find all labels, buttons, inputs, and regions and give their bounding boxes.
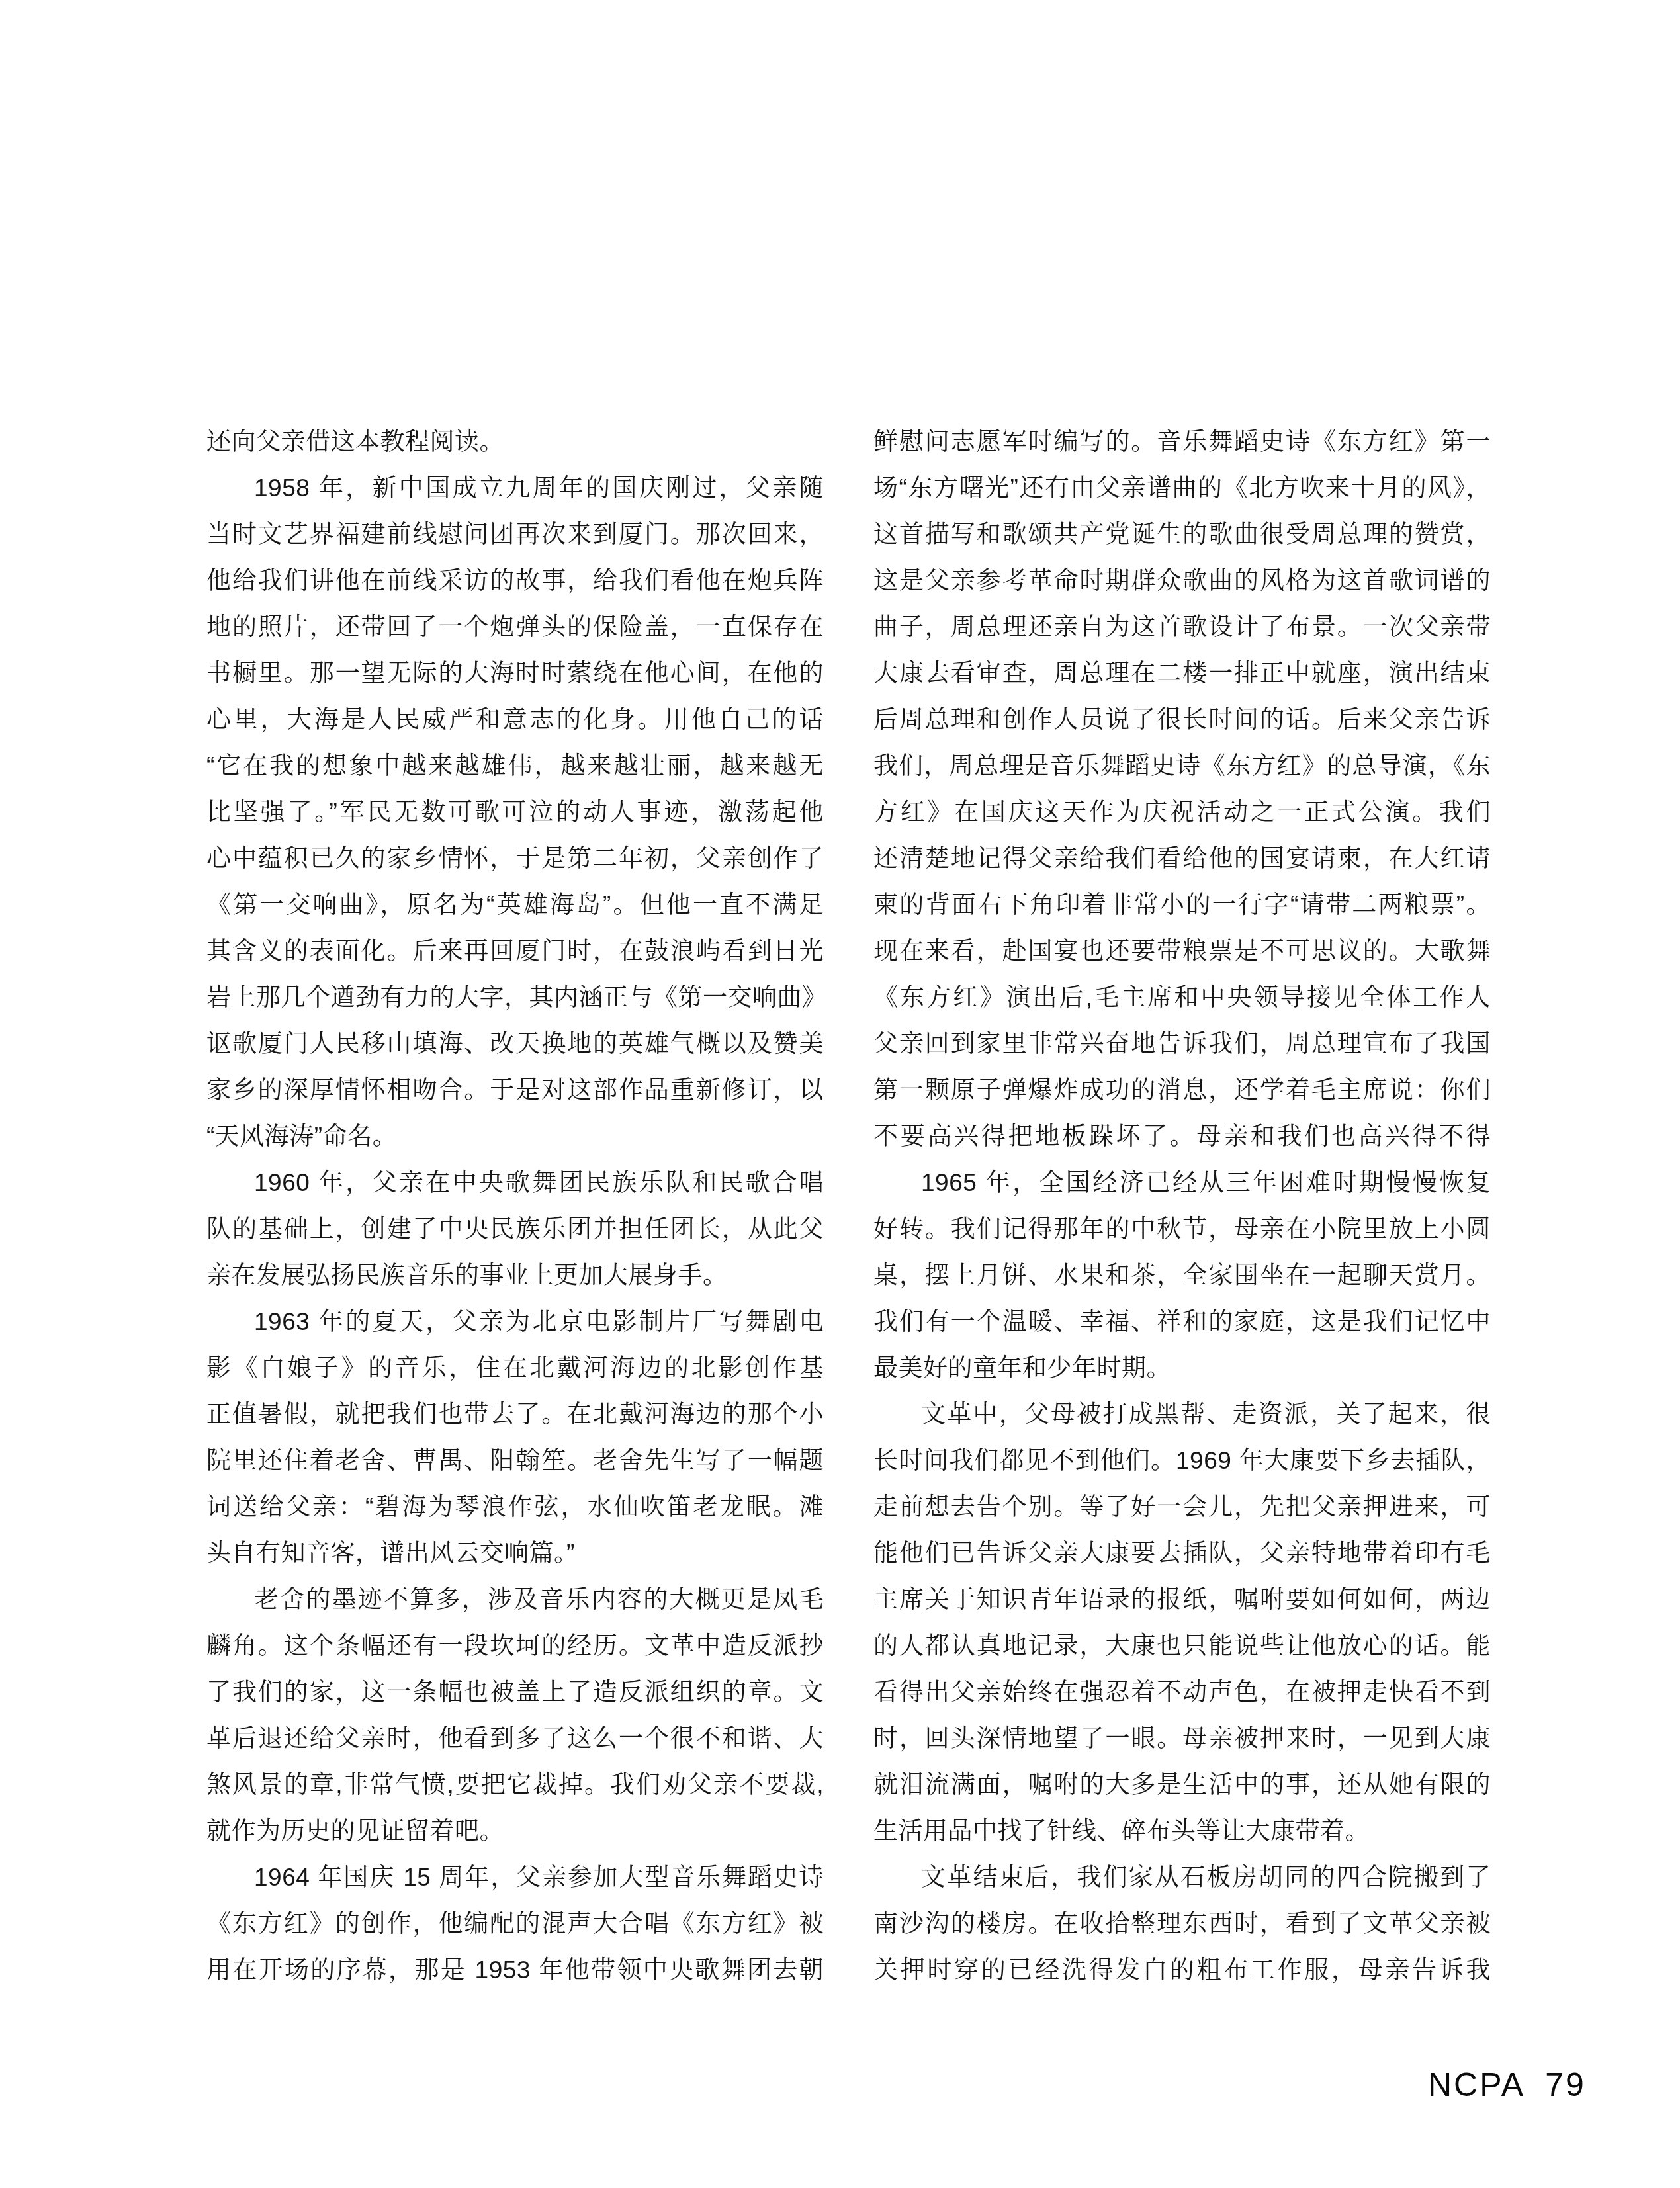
text-line: 讴歌厦门人民移山填海、改天换地的英雄气概以及赞美 [206,1021,824,1067]
text-line: 长时间我们都见不到他们。1969 年大康要下乡去插队， [873,1438,1491,1484]
text-line: 好转。我们记得那年的中秋节，母亲在小院里放上小圆 [873,1206,1491,1252]
text-line: “天风海涛”命名。 [206,1114,824,1160]
text-line: 用在开场的序幕，那是 1953 年他带领中央歌舞团去朝 [206,1947,824,1993]
text-line: 煞风景的章,非常气愤,要把它裁掉。我们劝父亲不要裁, [206,1762,824,1808]
text-line: 最美好的童年和少年时期。 [873,1345,1491,1391]
text-line: 第一颗原子弹爆炸成功的消息，还学着毛主席说：你们 [873,1067,1491,1114]
paragraph: 1963 年的夏天，父亲为北京电影制片厂写舞剧电影《白娘子》的音乐，住在北戴河海… [206,1299,824,1577]
text-line: 不要高兴得把地板跺坏了。母亲和我们也高兴得不得了。 [873,1114,1491,1160]
text-line: 当时文艺界福建前线慰问团再次来到厦门。那次回来， [206,511,824,558]
text-line: 我们有一个温暖、幸福、祥和的家庭，这是我们记忆中 [873,1299,1491,1345]
text-line: 心中蕴积已久的家乡情怀，于是第二年初，父亲创作了 [206,836,824,882]
text-line: 《第一交响曲》，原名为“英雄海岛”。但他一直不满足 [206,882,824,928]
text-line: 就泪流满面，嘱咐的大多是生活中的事，还从她有限的 [873,1762,1491,1808]
journal-name: NCPA [1428,2066,1525,2104]
page-footer: NCPA 79 [1428,2066,1586,2104]
text-line: 比坚强了。”军民无数可歌可泣的动人事迹，激荡起他 [206,789,824,836]
text-line: 亲在发展弘扬民族音乐的事业上更加大展身手。 [206,1252,824,1299]
text-line: 方红》在国庆这天作为庆祝活动之一正式公演。我们 [873,789,1491,836]
text-line: 其含义的表面化。后来再回厦门时，在鼓浪屿看到日光 [206,928,824,975]
text-line: 了我们的家，这一条幅也被盖上了造反派组织的章。文 [206,1669,824,1716]
text-line: 院里还住着老舍、曹禺、阳翰笙。老舍先生写了一幅题 [206,1438,824,1484]
text-line: 革后退还给父亲时，他看到多了这么一个很不和谐、大 [206,1716,824,1762]
paragraph: 鲜慰问志愿军时编写的。音乐舞蹈史诗《东方红》第一场“东方曙光”还有由父亲谱曲的《… [873,419,1491,1160]
text-line: 《东方红》演出后,毛主席和中央领导接见全体工作人员， [873,975,1491,1021]
text-line: 走前想去告个别。等了好一会儿，先把父亲押进来，可 [873,1484,1491,1530]
text-line: 曲子，周总理还亲自为这首歌设计了布景。一次父亲带 [873,604,1491,650]
page-number: 79 [1545,2066,1586,2104]
paragraph: 1958 年，新中国成立九周年的国庆刚过，父亲随当时文艺界福建前线慰问团再次来到… [206,465,824,1160]
text-line: 后周总理和创作人员说了很长时间的话。后来父亲告诉 [873,697,1491,743]
paragraph: 还向父亲借这本教程阅读。 [206,419,824,465]
text-line: 文革中，父母被打成黑帮、走资派，关了起来，很 [873,1391,1491,1438]
text-line: 地的照片，还带回了一个炮弹头的保险盖，一直保存在 [206,604,824,650]
paragraph: 1965 年，全国经济已经从三年困难时期慢慢恢复好转。我们记得那年的中秋节，母亲… [873,1160,1491,1391]
text-line: 1963 年的夏天，父亲为北京电影制片厂写舞剧电 [206,1299,824,1345]
magazine-page: 还向父亲借这本教程阅读。1958 年，新中国成立九周年的国庆刚过，父亲随当时文艺… [0,0,1680,2188]
text-line: 南沙沟的楼房。在收拾整理东西时，看到了文革父亲被 [873,1901,1491,1947]
text-line: 大康去看审查，周总理在二楼一排正中就座，演出结束 [873,650,1491,697]
text-line: 老舍的墨迹不算多，涉及音乐内容的大概更是凤毛 [206,1577,824,1623]
text-line: 队的基础上，创建了中央民族乐团并担任团长，从此父 [206,1206,824,1252]
paragraph: 1964 年国庆 15 周年，父亲参加大型音乐舞蹈史诗《东方红》的创作，他编配的… [206,1855,824,1993]
text-line: 就作为历史的见证留着吧。 [206,1808,824,1855]
left-column: 还向父亲借这本教程阅读。1958 年，新中国成立九周年的国庆刚过，父亲随当时文艺… [206,419,824,1993]
text-line: 岩上那几个遒劲有力的大字，其内涵正与《第一交响曲》 [206,975,824,1021]
text-line: 关押时穿的已经洗得发白的粗布工作服，母亲告诉我们， [873,1947,1491,1993]
text-line: 时，回头深情地望了一眼。母亲被押来时，一见到大康 [873,1716,1491,1762]
paragraph: 老舍的墨迹不算多，涉及音乐内容的大概更是凤毛麟角。这个条幅还有一段坎坷的经历。文… [206,1577,824,1855]
text-line: 能他们已告诉父亲大康要去插队，父亲特地带着印有毛 [873,1530,1491,1577]
text-line: 1965 年，全国经济已经从三年困难时期慢慢恢复 [873,1160,1491,1206]
paragraph: 文革结束后，我们家从石板房胡同的四合院搬到了南沙沟的楼房。在收拾整理东西时，看到… [873,1855,1491,1993]
text-line: 生活用品中找了针线、碎布头等让大康带着。 [873,1808,1491,1855]
text-line: 父亲回到家里非常兴奋地告诉我们，周总理宣布了我国 [873,1021,1491,1067]
text-line: 正值暑假，就把我们也带去了。在北戴河海边的那个小 [206,1391,824,1438]
text-line: 词送给父亲：“碧海为琴浪作弦，水仙吹笛老龙眠。滩 [206,1484,824,1530]
right-column: 鲜慰问志愿军时编写的。音乐舞蹈史诗《东方红》第一场“东方曙光”还有由父亲谱曲的《… [873,419,1491,1993]
text-line: 心里，大海是人民威严和意志的化身。用他自己的话说： [206,697,824,743]
text-line: 书橱里。那一望无际的大海时时萦绕在他心间，在他的 [206,650,824,697]
text-line: 《东方红》的创作，他编配的混声大合唱《东方红》被 [206,1901,824,1947]
text-line: 看得出父亲始终在强忍着不动声色，在被押走快看不到 [873,1669,1491,1716]
text-line: 主席关于知识青年语录的报纸，嘱咐要如何如何，两边 [873,1577,1491,1623]
paragraph: 文革中，父母被打成黑帮、走资派，关了起来，很长时间我们都见不到他们。1969 年… [873,1391,1491,1855]
text-line: 这首描写和歌颂共产党诞生的歌曲很受周总理的赞赏， [873,511,1491,558]
text-line: 家乡的深厚情怀相吻合。于是对这部作品重新修订，以 [206,1067,824,1114]
text-line: 场“东方曙光”还有由父亲谱曲的《北方吹来十月的风》， [873,465,1491,511]
text-line: 的人都认真地记录，大康也只能说些让他放心的话。能 [873,1623,1491,1669]
text-line: 我们，周总理是音乐舞蹈史诗《东方红》的总导演，《东 [873,743,1491,789]
text-line: 文革结束后，我们家从石板房胡同的四合院搬到了 [873,1855,1491,1901]
text-line: 柬的背面右下角印着非常小的一行字“请带二两粮票”。 [873,882,1491,928]
text-line: 1958 年，新中国成立九周年的国庆刚过，父亲随 [206,465,824,511]
text-line: 1960 年，父亲在中央歌舞团民族乐队和民歌合唱 [206,1160,824,1206]
text-line: 还清楚地记得父亲给我们看给他的国宴请柬，在大红请 [873,836,1491,882]
text-line: 麟角。这个条幅还有一段坎坷的经历。文革中造反派抄 [206,1623,824,1669]
paragraph: 1960 年，父亲在中央歌舞团民族乐队和民歌合唱队的基础上，创建了中央民族乐团并… [206,1160,824,1299]
text-line: 这是父亲参考革命时期群众歌曲的风格为这首歌词谱的 [873,558,1491,604]
text-line: 他给我们讲他在前线采访的故事，给我们看他在炮兵阵 [206,558,824,604]
text-line: 1964 年国庆 15 周年，父亲参加大型音乐舞蹈史诗 [206,1855,824,1901]
text-line: “它在我的想象中越来越雄伟，越来越壮丽，越来越无 [206,743,824,789]
text-line: 头自有知音客，谱出风云交响篇。” [206,1530,824,1577]
text-line: 还向父亲借这本教程阅读。 [206,419,824,465]
text-line: 鲜慰问志愿军时编写的。音乐舞蹈史诗《东方红》第一 [873,419,1491,465]
text-line: 现在来看，赴国宴也还要带粮票是不可思议的。大歌舞 [873,928,1491,975]
text-line: 桌，摆上月饼、水果和茶，全家围坐在一起聊天赏月。 [873,1252,1491,1299]
text-line: 影《白娘子》的音乐，住在北戴河海边的北影创作基地， [206,1345,824,1391]
